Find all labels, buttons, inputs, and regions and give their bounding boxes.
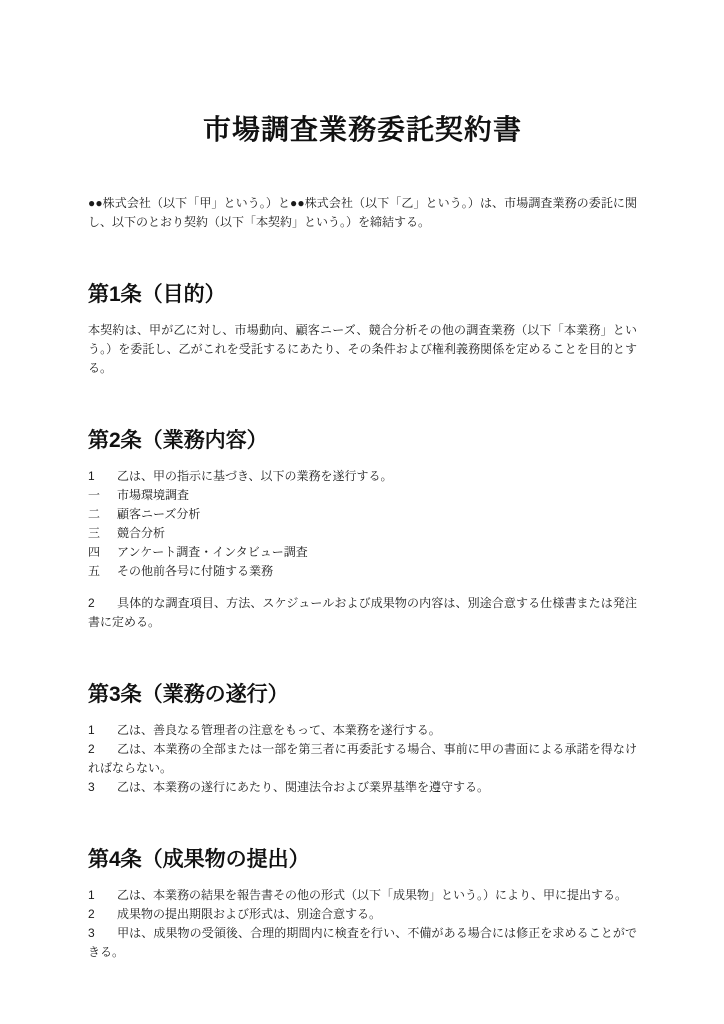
clause-marker: 2 [88, 740, 117, 759]
clause-text: 乙は、本業務の全部または一部を第三者に再委託する場合、事前に甲の書面による承諾を… [88, 742, 637, 775]
clause-marker: 3 [88, 778, 117, 797]
section-heading: 第3条（業務の遂行） [88, 682, 637, 708]
section-body: 本契約は、甲が乙に対し、市場動向、顧客ニーズ、競合分析その他の調査業務（以下「本… [88, 321, 637, 378]
contract-section: 第1条（目的） 本契約は、甲が乙に対し、市場動向、顧客ニーズ、競合分析その他の調… [88, 282, 637, 378]
clause-marker: 五 [88, 562, 117, 581]
clause-marker: 1 [88, 886, 117, 905]
clause-text: 乙は、甲の指示に基づき、以下の業務を遂行する。 [117, 469, 393, 483]
clause-paragraph: 1乙は、本業務の結果を報告書その他の形式（以下「成果物」という。）により、甲に提… [88, 886, 637, 905]
contract-section: 第2条（業務内容） 1乙は、甲の指示に基づき、以下の業務を遂行する。 一市場環境… [88, 428, 637, 632]
clause-paragraph: 3甲は、成果物の受領後、合理的期間内に検査を行い、不備がある場合には修正を求める… [88, 924, 637, 962]
clause-text: 乙は、善良なる管理者の注意をもって、本業務を遂行する。 [117, 723, 441, 737]
clause-marker: 2 [88, 594, 117, 613]
clause-text: 本契約は、甲が乙に対し、市場動向、顧客ニーズ、競合分析その他の調査業務（以下「本… [88, 323, 637, 375]
section-heading: 第2条（業務内容） [88, 428, 637, 454]
clause-marker: 1 [88, 721, 117, 740]
clause-text: 具体的な調査項目、方法、スケジュールおよび成果物の内容は、別途合意する仕様書また… [88, 596, 637, 629]
clause-paragraph: 1乙は、善良なる管理者の注意をもって、本業務を遂行する。 [88, 721, 637, 740]
clause-text: 市場環境調査 [117, 488, 189, 502]
clause-text: 乙は、本業務の遂行にあたり、関連法令および業界基準を遵守する。 [117, 780, 489, 794]
clause-text: 乙は、本業務の結果を報告書その他の形式（以下「成果物」という。）により、甲に提出… [117, 888, 627, 902]
clause-paragraph: 3乙は、本業務の遂行にあたり、関連法令および業界基準を遵守する。 [88, 778, 637, 797]
document-title: 市場調査業務委託契約書 [88, 0, 637, 147]
clause-text: アンケート調査・インタビュー調査 [117, 545, 308, 559]
section-body: 1乙は、甲の指示に基づき、以下の業務を遂行する。 一市場環境調査 二顧客ニーズ分… [88, 467, 637, 632]
clause-paragraph: 二顧客ニーズ分析 [88, 505, 637, 524]
clause-paragraph: 2乙は、本業務の全部または一部を第三者に再委託する場合、事前に甲の書面による承諾… [88, 740, 637, 778]
clause-paragraph: 本契約は、甲が乙に対し、市場動向、顧客ニーズ、競合分析その他の調査業務（以下「本… [88, 321, 637, 378]
clause-marker: 3 [88, 924, 117, 943]
clause-text: その他前各号に付随する業務 [117, 564, 273, 578]
clause-paragraph: 四アンケート調査・インタビュー調査 [88, 543, 637, 562]
clause-paragraph: 三競合分析 [88, 524, 637, 543]
clause-paragraph: 一市場環境調査 [88, 486, 637, 505]
section-body: 1乙は、本業務の結果を報告書その他の形式（以下「成果物」という。）により、甲に提… [88, 886, 637, 962]
clause-paragraph: 2具体的な調査項目、方法、スケジュールおよび成果物の内容は、別途合意する仕様書ま… [88, 594, 637, 632]
clause-marker: 四 [88, 543, 117, 562]
clause-marker: 三 [88, 524, 117, 543]
section-heading: 第4条（成果物の提出） [88, 847, 637, 873]
clause-text: 成果物の提出期限および形式は、別途合意する。 [117, 907, 381, 921]
clause-marker: 2 [88, 905, 117, 924]
clause-marker: 二 [88, 505, 117, 524]
contract-section: 第4条（成果物の提出） 1乙は、本業務の結果を報告書その他の形式（以下「成果物」… [88, 847, 637, 962]
contract-section: 第3条（業務の遂行） 1乙は、善良なる管理者の注意をもって、本業務を遂行する。 … [88, 682, 637, 797]
clause-paragraph: 五その他前各号に付随する業務 [88, 562, 637, 581]
clause-text: 甲は、成果物の受領後、合理的期間内に検査を行い、不備がある場合には修正を求めるこ… [88, 926, 637, 959]
sections-container: 第1条（目的） 本契約は、甲が乙に対し、市場動向、顧客ニーズ、競合分析その他の調… [88, 282, 637, 962]
clause-text: 競合分析 [117, 526, 165, 540]
clause-marker: 1 [88, 467, 117, 486]
section-heading: 第1条（目的） [88, 282, 637, 308]
clause-text: 顧客ニーズ分析 [117, 507, 200, 521]
section-body: 1乙は、善良なる管理者の注意をもって、本業務を遂行する。 2乙は、本業務の全部ま… [88, 721, 637, 797]
intro-paragraph: ●●株式会社（以下「甲」という。）と●●株式会社（以下「乙」という。）は、市場調… [88, 194, 637, 232]
clause-paragraph: 1乙は、甲の指示に基づき、以下の業務を遂行する。 [88, 467, 637, 486]
clause-paragraph: 2成果物の提出期限および形式は、別途合意する。 [88, 905, 637, 924]
clause-marker: 一 [88, 486, 117, 505]
contract-page: 市場調査業務委託契約書 ●●株式会社（以下「甲」という。）と●●株式会社（以下「… [0, 0, 724, 1024]
